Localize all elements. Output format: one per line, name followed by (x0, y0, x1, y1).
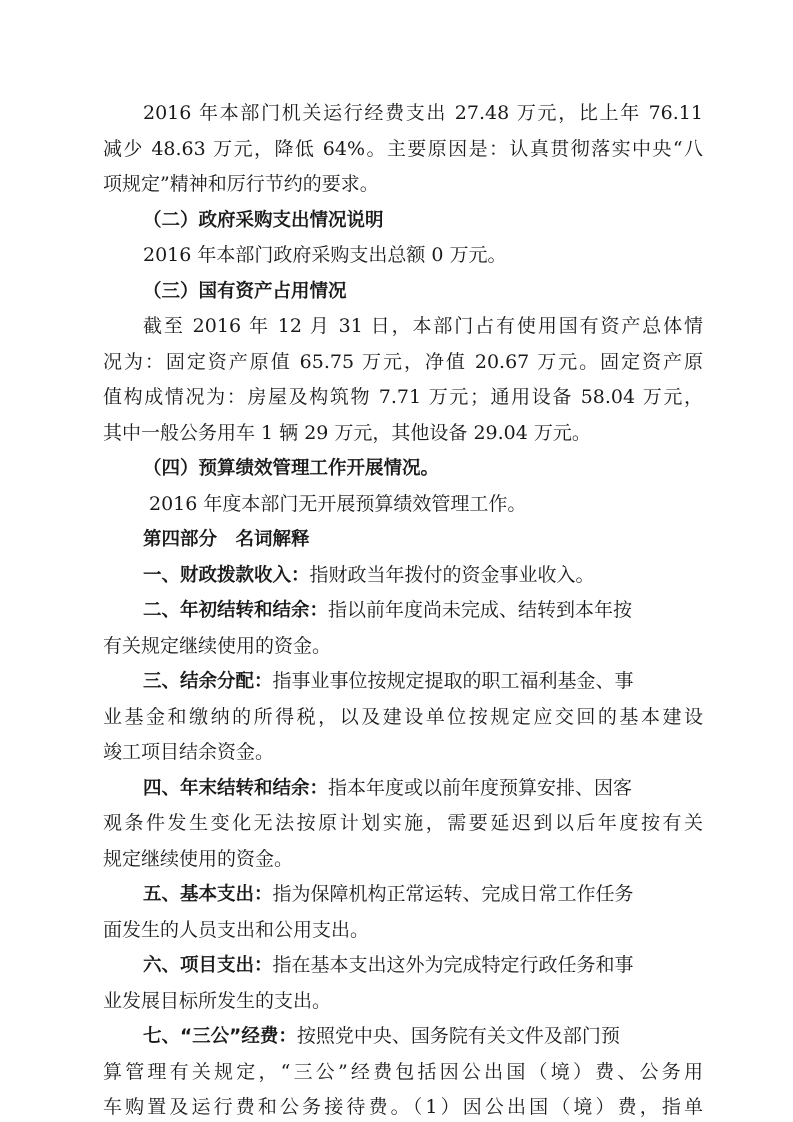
glossary-term: 一、财政拨款收入：指财政当年拨付的资金事业收入。 (103, 558, 703, 594)
glossary-term: 七、“三公”经费：按照党中央、国务院有关文件及部门预 (103, 1019, 703, 1055)
term-label: 六、项目支出： (143, 955, 273, 976)
glossary-term: 五、基本支出：指为保障机构正常运转、完成日常工作任务 (103, 877, 703, 913)
paragraph-line: 其中一般公务用车 1 辆 29 万元，其他设备 29.04 万元。 (103, 416, 703, 452)
section-heading-performance: （四）预算绩效管理工作开展情况。 (103, 451, 703, 487)
term-label: 七、“三公”经费： (143, 1026, 297, 1047)
paragraph-line: 减少 48.63 万元，降低 64%。主要原因是：认真贯彻落实中央“八 (103, 132, 703, 168)
term-definition: 指本年度或以前年度预算安排、因客 (328, 777, 632, 799)
term-definition: 指财政当年拨付的资金事业收入。 (310, 564, 595, 586)
paragraph-line: 2016 年本部门机关运行经费支出 27.48 万元，比上年 76.11 (103, 96, 703, 132)
paragraph-line: 面发生的人员支出和公用支出。 (103, 913, 703, 949)
paragraph-line: 有关规定继续使用的资金。 (103, 629, 703, 665)
paragraph-line: 业基金和缴纳的所得税，以及建设单位按规定应交回的基本建设 (103, 700, 703, 736)
section-heading-procurement: （二）政府采购支出情况说明 (103, 203, 703, 239)
term-definition: 指为保障机构正常运转、完成日常工作任务 (273, 883, 634, 905)
paragraph-line: 算管理有关规定，“三公”经费包括因公出国（境）费、公务用 (103, 1055, 703, 1091)
glossary-term: 六、项目支出：指在基本支出这外为完成特定行政任务和事 (103, 948, 703, 984)
glossary-term: 二、年初结转和结余：指以前年度尚未完成、结转到本年按 (103, 593, 703, 629)
paragraph-line: 截至 2016 年 12 月 31 日，本部门占有使用国有资产总体情 (103, 309, 703, 345)
term-definition: 指在基本支出这外为完成特定行政任务和事 (273, 954, 634, 976)
paragraph-line: 竣工项目结余资金。 (103, 735, 703, 771)
paragraph-line: 观条件发生变化无法按原计划实施，需要延迟到以后年度按有关 (103, 806, 703, 842)
term-definition: 指事业事位按规定提取的职工福利基金、事 (273, 670, 634, 692)
glossary-term: 四、年末结转和结余：指本年度或以前年度预算安排、因客 (103, 771, 703, 807)
paragraph-line: 项规定”精神和厉行节约的要求。 (103, 167, 703, 203)
term-label: 一、财政拨款收入： (143, 565, 310, 586)
paragraph-line: 值构成情况为：房屋及构筑物 7.71 万元；通用设备 58.04 万元， (103, 380, 703, 416)
glossary-term: 三、结余分配：指事业事位按规定提取的职工福利基金、事 (103, 664, 703, 700)
paragraph-line: 规定继续使用的资金。 (103, 842, 703, 878)
paragraph-line: 况为：固定资产原值 65.75 万元，净值 20.67 万元。固定资产原 (103, 345, 703, 381)
term-label: 二、年初结转和结余： (143, 600, 328, 621)
paragraph-line: 2016 年本部门政府采购支出总额 0 万元。 (103, 238, 703, 274)
term-label: 四、年末结转和结余： (143, 778, 328, 799)
term-label: 三、结余分配： (143, 671, 273, 692)
term-definition: 按照党中央、国务院有关文件及部门预 (297, 1025, 620, 1047)
term-label: 五、基本支出： (143, 884, 273, 905)
part-heading-glossary: 第四部分 名词解释 (103, 522, 703, 558)
section-heading-assets: （三）国有资产占用情况 (103, 274, 703, 310)
term-definition: 指以前年度尚未完成、结转到本年按 (328, 599, 632, 621)
paragraph-line: 车购置及运行费和公务接待费。（1）因公出国（境）费，指单 (103, 1090, 703, 1122)
paragraph-line: 2016 年度本部门无开展预算绩效管理工作。 (103, 487, 703, 523)
paragraph-line: 业发展目标所发生的支出。 (103, 984, 703, 1020)
document-page: 2016 年本部门机关运行经费支出 27.48 万元，比上年 76.11 减少 … (103, 96, 703, 1122)
